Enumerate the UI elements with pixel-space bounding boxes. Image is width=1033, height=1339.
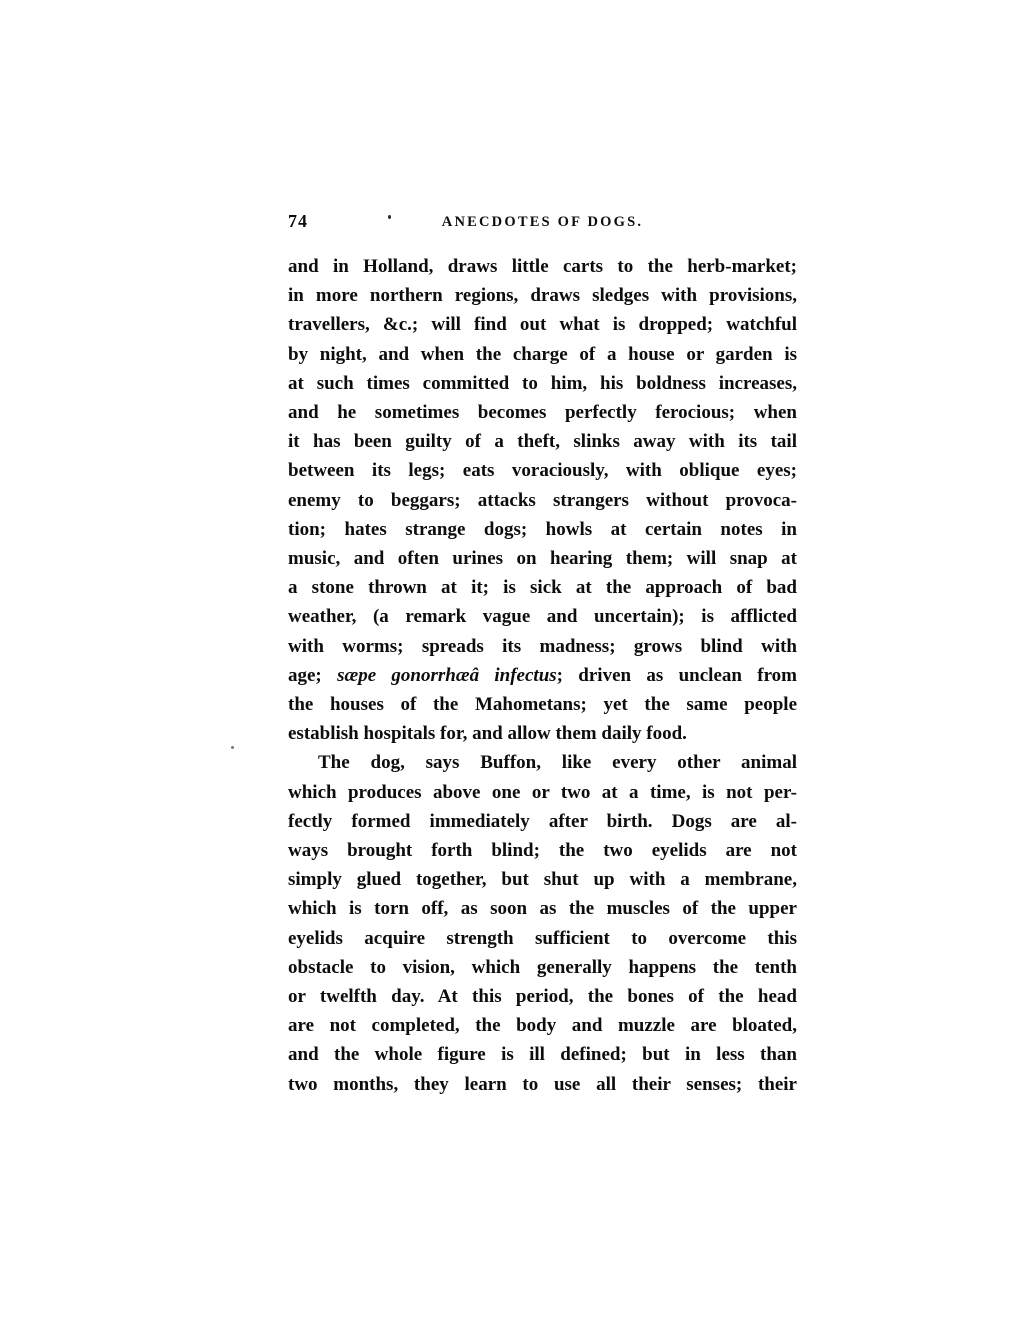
text-segment: travellers, &c.; will find out what is d… (288, 314, 797, 335)
text-segment: establish hospitals for, and allow them … (288, 723, 687, 744)
text-block: and in Holland, draws little carts to th… (288, 252, 797, 1099)
text-line: age; sæpe gonorrhæâ infectus; driven as … (288, 661, 797, 690)
text-line: it has been guilty of a theft, slinks aw… (288, 427, 797, 456)
text-segment: enemy to beggars; attacks strangers with… (288, 490, 797, 511)
text-segment: eyelids acquire strength sufficient to o… (288, 928, 797, 949)
text-line: by night, and when the charge of a house… (288, 340, 797, 369)
text-line: the houses of the Mahometans; yet the sa… (288, 690, 797, 719)
text-line: in more northern regions, draws sledges … (288, 281, 797, 310)
text-segment: ways brought forth blind; the two eyelid… (288, 840, 797, 861)
text-line: and he sometimes becomes perfectly feroc… (288, 398, 797, 427)
text-line: a stone thrown at it; is sick at the app… (288, 573, 797, 602)
text-segment: simply glued together, but shut up with … (288, 869, 797, 890)
text-line: two months, they learn to use all their … (288, 1070, 797, 1099)
text-segment: by night, and when the charge of a house… (288, 344, 797, 365)
text-segment: between its legs; eats voraciously, with… (288, 460, 797, 481)
text-segment: at such times committed to him, his bold… (288, 373, 797, 394)
text-segment: age; (288, 665, 337, 686)
text-segment: music, and often urines on hearing them;… (288, 548, 797, 569)
text-line: tion; hates strange dogs; howls at certa… (288, 515, 797, 544)
text-segment: a stone thrown at it; is sick at the app… (288, 577, 797, 598)
text-line: which is torn off, as soon as the muscle… (288, 894, 797, 923)
text-line: and the whole figure is ill defined; but… (288, 1040, 797, 1069)
text-segment: two months, they learn to use all their … (288, 1074, 797, 1095)
running-title: ANECDOTES OF DOGS. (288, 214, 797, 231)
text-segment: which produces above one or two at a tim… (288, 782, 797, 803)
text-line: The dog, says Buffon, like every other a… (288, 748, 797, 777)
book-page: 74 ANECDOTES OF DOGS. and in Holland, dr… (0, 0, 1033, 1339)
text-line: eyelids acquire strength sufficient to o… (288, 924, 797, 953)
text-segment: in more northern regions, draws sledges … (288, 285, 797, 306)
text-segment: and the whole figure is ill defined; but… (288, 1044, 797, 1065)
text-line: or twelfth day. At this period, the bone… (288, 982, 797, 1011)
text-line: at such times committed to him, his bold… (288, 369, 797, 398)
text-segment: it has been guilty of a theft, slinks aw… (288, 431, 797, 452)
text-line: between its legs; eats voraciously, with… (288, 456, 797, 485)
text-line: establish hospitals for, and allow them … (288, 719, 797, 748)
latin-phrase-italic: sæpe gonorrhæâ infectus (337, 665, 557, 686)
text-line: enemy to beggars; attacks strangers with… (288, 486, 797, 515)
text-line: weather, (a remark vague and uncertain);… (288, 602, 797, 631)
text-segment: are not completed, the body and muzzle a… (288, 1015, 797, 1036)
text-segment: or twelfth day. At this period, the bone… (288, 986, 797, 1007)
text-segment: which is torn off, as soon as the muscle… (288, 898, 797, 919)
text-segment: ; driven as unclean from (557, 665, 797, 686)
text-segment: weather, (a remark vague and uncertain);… (288, 606, 797, 627)
text-line: simply glued together, but shut up with … (288, 865, 797, 894)
text-line: fectly formed immediately after birth. D… (288, 807, 797, 836)
text-segment: tion; hates strange dogs; howls at certa… (288, 519, 797, 540)
ink-speck (388, 215, 391, 219)
text-segment: fectly formed immediately after birth. D… (288, 811, 797, 832)
text-line: travellers, &c.; will find out what is d… (288, 310, 797, 339)
text-segment: with worms; spreads its madness; grows b… (288, 636, 797, 657)
text-line: with worms; spreads its madness; grows b… (288, 632, 797, 661)
text-segment: obstacle to vision, which generally happ… (288, 957, 797, 978)
text-line: which produces above one or two at a tim… (288, 778, 797, 807)
text-line: music, and often urines on hearing them;… (288, 544, 797, 573)
text-segment: and he sometimes becomes perfectly feroc… (288, 402, 797, 423)
text-line: obstacle to vision, which generally happ… (288, 953, 797, 982)
text-line: are not completed, the body and muzzle a… (288, 1011, 797, 1040)
text-line: and in Holland, draws little carts to th… (288, 252, 797, 281)
text-line: ways brought forth blind; the two eyelid… (288, 836, 797, 865)
page-header: 74 ANECDOTES OF DOGS. (288, 211, 797, 237)
text-segment: The dog, says Buffon, like every other a… (318, 752, 797, 773)
text-segment: the houses of the Mahometans; yet the sa… (288, 694, 797, 715)
text-segment: and in Holland, draws little carts to th… (288, 256, 797, 277)
ink-speck (231, 746, 234, 749)
